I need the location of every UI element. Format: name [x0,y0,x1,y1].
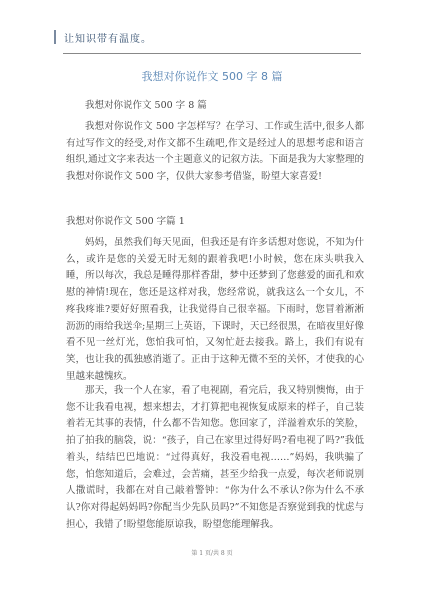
page-indicator: 第 1 页/共 8 页 [0,548,424,557]
section-heading: 我想对你说作文 500 字篇 1 [66,213,185,227]
document-title: 我想对你说作文 500 字 8 篇 [0,68,424,84]
document-subtitle: 我想对你说作文 500 字 8 篇 [85,97,207,111]
body-paragraph-2: 那天，我一个人在家，看了电视剧，看完后，我又特别懊悔，由于您不让我看电视，想来想… [66,383,364,533]
intro-paragraph: 我想对你说作文 500 字怎样写？在学习、工作或生活中,很多人都有过写作文的经受… [66,119,364,186]
body-paragraph-1: 妈妈，虽然我们每天见面，但我还是有许多话想对您说，不知为什么，或许是您的关爱无时… [66,235,364,385]
header-slogan: 让知识带有温度。 [64,30,152,45]
header-divider [63,53,361,54]
header-accent-bar [54,30,56,44]
